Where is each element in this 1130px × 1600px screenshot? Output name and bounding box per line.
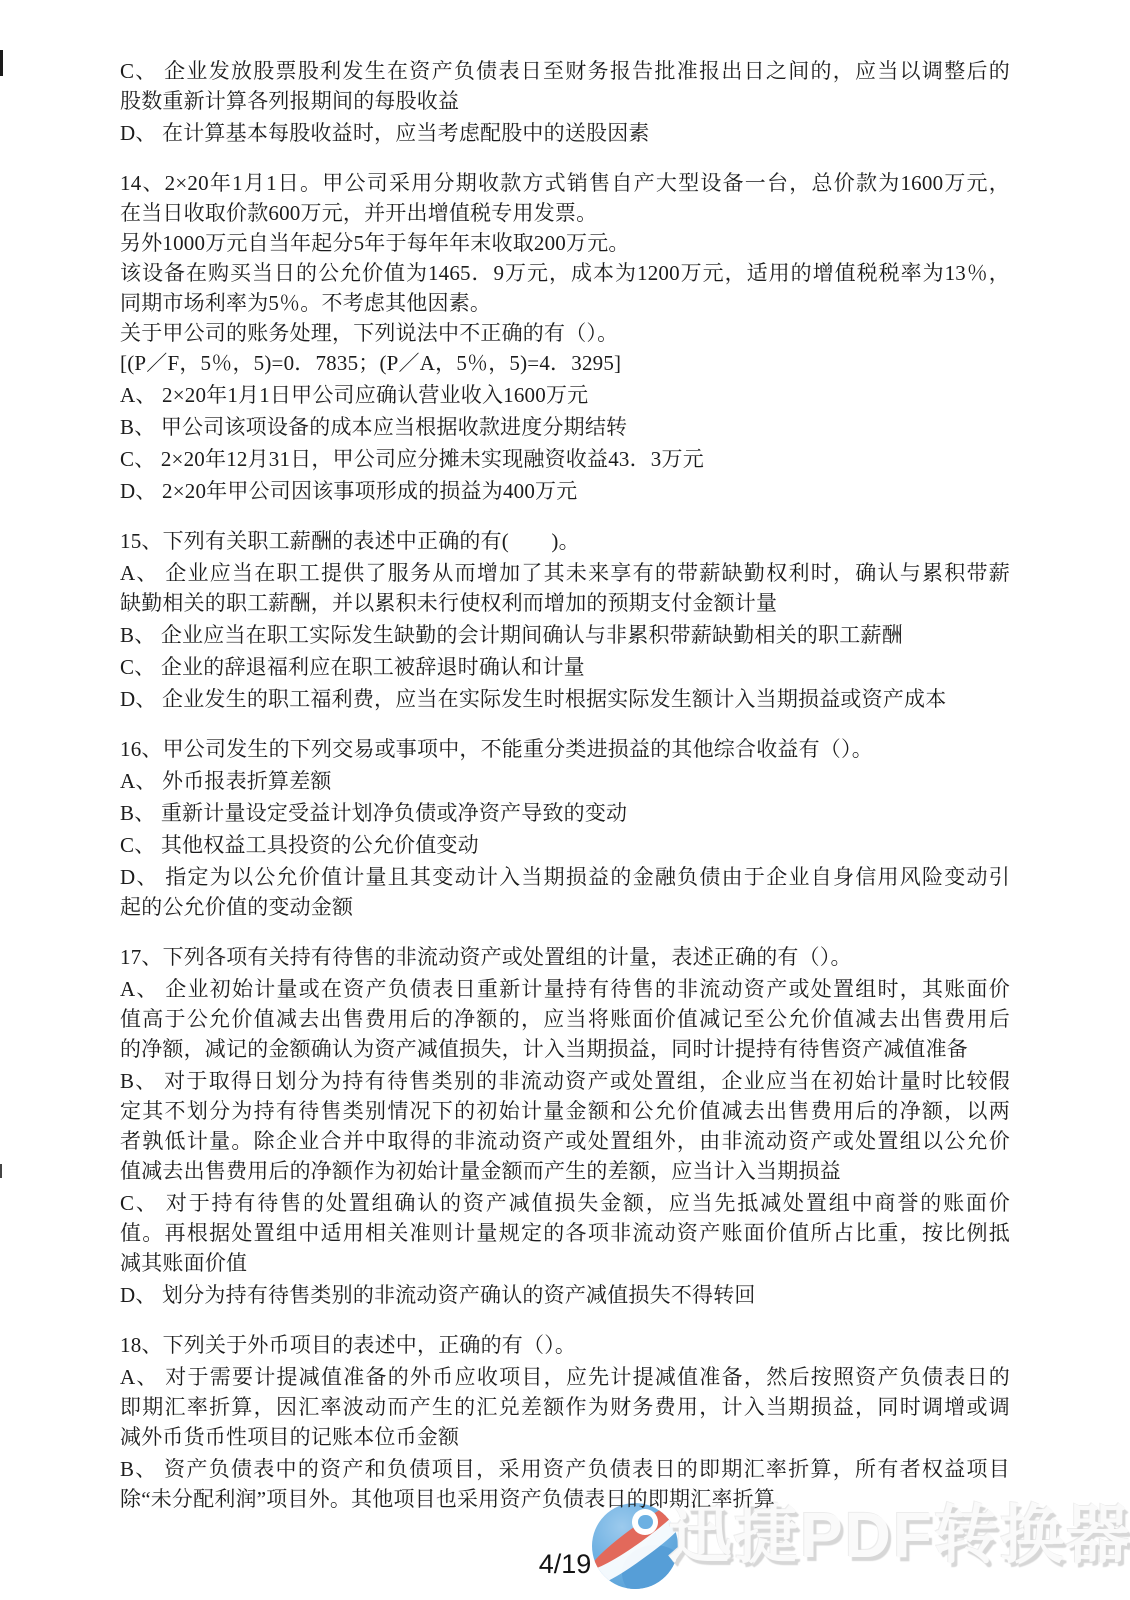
text-line: [(P／F，5％，5)=0．7835；(P／A，5％，5)=4．3295] (120, 348, 1010, 378)
q17-option-d: D、 划分为持有待售类别的非流动资产确认的资产减值损失不得转回 (120, 1280, 1010, 1310)
q14-stem-4: 关于甲公司的账务处理，下列说法中不正确的有（）。 (120, 318, 1010, 348)
text-line: D、 2×20年甲公司因该事项形成的损益为400万元 (120, 476, 1010, 506)
text-line: 关于甲公司的账务处理，下列说法中不正确的有（）。 (120, 318, 1010, 348)
text-line: 定其不划分为持有待售类别情况下的初始计量金额和公允价值减去出售费用后的净额，以两 (120, 1096, 1010, 1126)
text-line: D、 划分为持有待售类别的非流动资产确认的资产减值损失不得转回 (120, 1280, 1010, 1310)
scan-artifact (0, 50, 3, 76)
text-line: 减其账面价值 (120, 1248, 1010, 1278)
text-line: C、 对于持有待售的处置组确认的资产减值损失金额，应当先抵减处置组中商誉的账面价 (120, 1188, 1010, 1218)
text-line: B、 资产负债表中的资产和负债项目，采用资产负债表日的即期汇率折算，所有者权益项… (120, 1454, 1010, 1484)
document-page: 迅捷PDF转换器 C、 企业发放股票股利发生在资产负债表日至财务报告批准报出日之… (0, 0, 1130, 1600)
text-line: B、 企业应当在职工实际发生缺勤的会计期间确认与非累积带薪缺勤相关的职工薪酬 (120, 620, 1010, 650)
text-line: 股数重新计算各列报期间的每股收益 (120, 86, 1010, 116)
text-line: A、 外币报表折算差额 (120, 766, 1010, 796)
text-line: C、 企业的辞退福利应在职工被辞退时确认和计量 (120, 652, 1010, 682)
q17-option-b: B、 对于取得日划分为持有待售类别的非流动资产或处置组，企业应当在初始计量时比较… (120, 1066, 1010, 1186)
q15-option-c: C、 企业的辞退福利应在职工被辞退时确认和计量 (120, 652, 1010, 682)
q14-discount-factors: [(P／F，5％，5)=0．7835；(P／A，5％，5)=4．3295] (120, 348, 1010, 378)
text-line: 值。再根据处置组中适用相关准则计量规定的各项非流动资产账面价值所占比重，按比例抵 (120, 1218, 1010, 1248)
q13-option-c: C、 企业发放股票股利发生在资产负债表日至财务报告批准报出日之间的，应当以调整后… (120, 56, 1010, 116)
text-line: 同期市场利率为5％。不考虑其他因素。 (120, 288, 1010, 318)
q16-option-a: A、 外币报表折算差额 (120, 766, 1010, 796)
text-line: 值减去出售费用后的净额作为初始计量金额而产生的差额，应当计入当期损益 (120, 1156, 1010, 1186)
q15-option-d: D、 企业发生的职工福利费，应当在实际发生时根据实际发生额计入当期损益或资产成本 (120, 684, 1010, 714)
q14-option-b: B、 甲公司该项设备的成本应当根据收款进度分期结转 (120, 412, 1010, 442)
text-line: B、 甲公司该项设备的成本应当根据收款进度分期结转 (120, 412, 1010, 442)
text-line: 起的公允价值的变动金额 (120, 892, 1010, 922)
q14-stem-2: 另外1000万元自当年起分5年于每年年末收取200万元。 (120, 228, 1010, 258)
q16-option-d: D、 指定为以公允价值计量且其变动计入当期损益的金融负债由于企业自身信用风险变动… (120, 862, 1010, 922)
text-line: 值高于公允价值减去出售费用后的净额的，应当将账面价值减记至公允价值减去出售费用后 (120, 1004, 1010, 1034)
q16-stem: 16、甲公司发生的下列交易或事项中，不能重分类进损益的其他综合收益有（）。 (120, 734, 1010, 764)
q17-option-a: A、 企业初始计量或在资产负债表日重新计量持有待售的非流动资产或处置组时，其账面… (120, 974, 1010, 1064)
q15-stem: 15、下列有关职工薪酬的表述中正确的有( )。 (120, 526, 1010, 556)
q15-option-b: B、 企业应当在职工实际发生缺勤的会计期间确认与非累积带薪缺勤相关的职工薪酬 (120, 620, 1010, 650)
scan-artifact (0, 1164, 2, 1178)
text-line: C、 企业发放股票股利发生在资产负债表日至财务报告批准报出日之间的，应当以调整后… (120, 56, 1010, 86)
text-line: A、 企业初始计量或在资产负债表日重新计量持有待售的非流动资产或处置组时，其账面… (120, 974, 1010, 1004)
text-line: 14、2×20年1月1日。甲公司采用分期收款方式销售自产大型设备一台，总价款为1… (120, 168, 1010, 198)
text-line: C、 2×20年12月31日，甲公司应分摊未实现融资收益43．3万元 (120, 444, 1010, 474)
pdf-converter-logo-icon (592, 1503, 678, 1589)
q18-stem: 18、下列关于外币项目的表述中，正确的有（）。 (120, 1330, 1010, 1360)
text-line: C、 其他权益工具投资的公允价值变动 (120, 830, 1010, 860)
q15-option-a: A、 企业应当在职工提供了服务从而增加了其未来享有的带薪缺勤权利时，确认与累积带… (120, 558, 1010, 618)
q17-option-c: C、 对于持有待售的处置组确认的资产减值损失金额，应当先抵减处置组中商誉的账面价… (120, 1188, 1010, 1278)
text-line: 除“未分配利润”项目外。其他项目也采用资产负债表日的即期汇率折算 (120, 1484, 1010, 1514)
q13-option-d: D、 在计算基本每股收益时，应当考虑配股中的送股因素 (120, 118, 1010, 148)
text-line: 18、下列关于外币项目的表述中，正确的有（）。 (120, 1330, 1010, 1360)
text-content: C、 企业发放股票股利发生在资产负债表日至财务报告批准报出日之间的，应当以调整后… (120, 56, 1010, 1514)
q14-option-c: C、 2×20年12月31日，甲公司应分摊未实现融资收益43．3万元 (120, 444, 1010, 474)
q14-option-a: A、 2×20年1月1日甲公司应确认营业收入1600万元 (120, 380, 1010, 410)
text-line: D、 在计算基本每股收益时，应当考虑配股中的送股因素 (120, 118, 1010, 148)
text-line: 即期汇率折算，因汇率波动而产生的汇兑差额作为财务费用，计入当期损益，同时调增或调 (120, 1392, 1010, 1422)
q14-option-d: D、 2×20年甲公司因该事项形成的损益为400万元 (120, 476, 1010, 506)
text-line: A、 企业应当在职工提供了服务从而增加了其未来享有的带薪缺勤权利时，确认与累积带… (120, 558, 1010, 588)
text-line: B、 对于取得日划分为持有待售类别的非流动资产或处置组，企业应当在初始计量时比较… (120, 1066, 1010, 1096)
text-line: A、 对于需要计提减值准备的外币应收项目，应先计提减值准备，然后按照资产负债表日… (120, 1362, 1010, 1392)
text-line: 16、甲公司发生的下列交易或事项中，不能重分类进损益的其他综合收益有（）。 (120, 734, 1010, 764)
q18-option-b: B、 资产负债表中的资产和负债项目，采用资产负债表日的即期汇率折算，所有者权益项… (120, 1454, 1010, 1514)
text-line: A、 2×20年1月1日甲公司应确认营业收入1600万元 (120, 380, 1010, 410)
text-line: 另外1000万元自当年起分5年于每年年末收取200万元。 (120, 228, 1010, 258)
text-line: B、 重新计量设定受益计划净负债或净资产导致的变动 (120, 798, 1010, 828)
text-line: 17、下列各项有关持有待售的非流动资产或处置组的计量，表述正确的有（）。 (120, 942, 1010, 972)
text-line: 15、下列有关职工薪酬的表述中正确的有( )。 (120, 526, 1010, 556)
text-line: 减外币货币性项目的记账本位币金额 (120, 1422, 1010, 1452)
text-line: 的净额，减记的金额确认为资产减值损失，计入当期损益，同时计提持有待售资产减值准备 (120, 1034, 1010, 1064)
text-line: D、 指定为以公允价值计量且其变动计入当期损益的金融负债由于企业自身信用风险变动… (120, 862, 1010, 892)
text-line: 者孰低计量。除企业合并中取得的非流动资产或处置组外，由非流动资产或处置组以公允价 (120, 1126, 1010, 1156)
text-line: 在当日收取价款600万元，并开出增值税专用发票。 (120, 198, 1010, 228)
q14-stem-1: 14、2×20年1月1日。甲公司采用分期收款方式销售自产大型设备一台，总价款为1… (120, 168, 1010, 228)
text-line: D、 企业发生的职工福利费，应当在实际发生时根据实际发生额计入当期损益或资产成本 (120, 684, 1010, 714)
q16-option-c: C、 其他权益工具投资的公允价值变动 (120, 830, 1010, 860)
q14-stem-3: 该设备在购买当日的公允价值为1465．9万元，成本为1200万元，适用的增值税税… (120, 258, 1010, 318)
text-line: 缺勤相关的职工薪酬，并以累积未行使权利而增加的预期支付金额计量 (120, 588, 1010, 618)
q16-option-b: B、 重新计量设定受益计划净负债或净资产导致的变动 (120, 798, 1010, 828)
q18-option-a: A、 对于需要计提减值准备的外币应收项目，应先计提减值准备，然后按照资产负债表日… (120, 1362, 1010, 1452)
text-line: 该设备在购买当日的公允价值为1465．9万元，成本为1200万元，适用的增值税税… (120, 258, 1010, 288)
q17-stem: 17、下列各项有关持有待售的非流动资产或处置组的计量，表述正确的有（）。 (120, 942, 1010, 972)
